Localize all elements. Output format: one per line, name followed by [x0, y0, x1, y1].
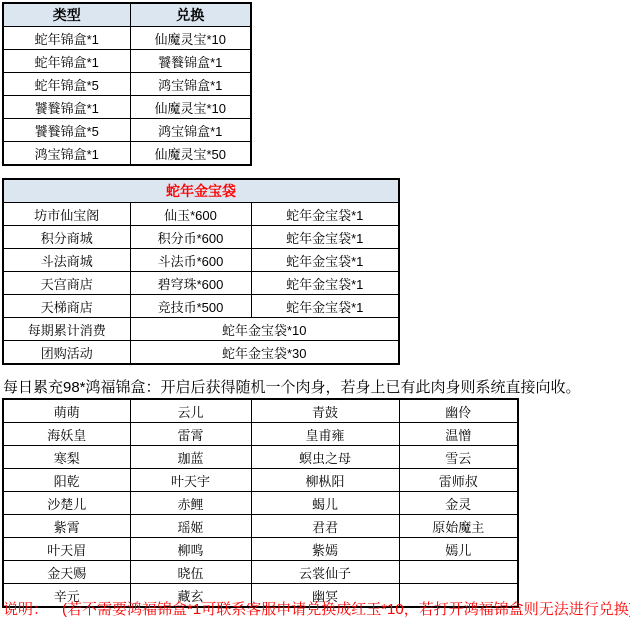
daily-recharge-note: 每日累充98*鸿福锦盒：开启后获得随机一个肉身，若身上已有此肉身则系统直接向收。 — [3, 376, 581, 397]
table-cell: 蛇年锦盒*5 — [3, 73, 130, 96]
gold-bag-title: 蛇年金宝袋 — [3, 179, 399, 203]
table-row: 紫霄 瑶姬 君君 原始魔主 — [3, 515, 518, 538]
table-cell: 天梯商店 — [3, 295, 130, 318]
table-cell: 蛇年金宝袋*1 — [251, 272, 399, 295]
table-cell: 螟虫之母 — [251, 446, 399, 469]
table-cell: 温憎 — [399, 423, 518, 446]
table-cell: 碧穹珠*600 — [130, 272, 251, 295]
table-row: 萌萌 云儿 青鼓 幽伶 — [3, 399, 518, 423]
table-cell: 原始魔主 — [399, 515, 518, 538]
table-cell: 积分币*600 — [130, 226, 251, 249]
table-cell: 鸿宝锦盒*1 — [3, 142, 130, 166]
table-row: 积分商城 积分币*600 蛇年金宝袋*1 — [3, 226, 399, 249]
table-cell: 竞技币*500 — [130, 295, 251, 318]
table-cell: 鸿宝锦盒*1 — [130, 119, 251, 142]
table-row: 饕餮锦盒*5 鸿宝锦盒*1 — [3, 119, 251, 142]
table-cell: 蛇年金宝袋*1 — [251, 249, 399, 272]
table-row: 天宫商店 碧穹珠*600 蛇年金宝袋*1 — [3, 272, 399, 295]
table-row: 饕餮锦盒*1 仙魔灵宝*10 — [3, 96, 251, 119]
table-row: 坊市仙宝阁 仙玉*600 蛇年金宝袋*1 — [3, 203, 399, 226]
table-cell: 叶天宇 — [130, 469, 251, 492]
table-cell: 嫣儿 — [399, 538, 518, 561]
table-cell: 斗法商城 — [3, 249, 130, 272]
column-header-exchange: 兑换 — [130, 3, 251, 27]
table-cell: 雷师叔 — [399, 469, 518, 492]
table-cell: 雷霄 — [130, 423, 251, 446]
table-cell: 紫嫣 — [251, 538, 399, 561]
table-cell: 阳乾 — [3, 469, 130, 492]
table-cell: 蛇年锦盒*1 — [3, 50, 130, 73]
table-cell: 鸿宝锦盒*1 — [130, 73, 251, 96]
table-cell: 瑶姬 — [130, 515, 251, 538]
table-cell: 青鼓 — [251, 399, 399, 423]
table-cell: 团购活动 — [3, 341, 130, 365]
table-cell: 幽伶 — [399, 399, 518, 423]
table-cell: 金灵 — [399, 492, 518, 515]
table-row: 团购活动 蛇年金宝袋*30 — [3, 341, 399, 365]
table-cell: 皇甫雍 — [251, 423, 399, 446]
table-cell: 饕餮锦盒*1 — [130, 50, 251, 73]
table-row: 蛇年锦盒*5 鸿宝锦盒*1 — [3, 73, 251, 96]
table-cell: 寒梨 — [3, 446, 130, 469]
table-row: 蛇年锦盒*1 仙魔灵宝*10 — [3, 27, 251, 50]
table-cell: 云儿 — [130, 399, 251, 423]
table-cell: 蛇年锦盒*1 — [3, 27, 130, 50]
table-cell: 赤鲤 — [130, 492, 251, 515]
table-row: 天梯商店 竞技币*500 蛇年金宝袋*1 — [3, 295, 399, 318]
table-row: 沙楚儿 赤鲤 蝎儿 金灵 — [3, 492, 518, 515]
table-cell: 晓伍 — [130, 561, 251, 584]
table-cell: 珈蓝 — [130, 446, 251, 469]
footer-note-text: (若不需要鸿福锦盒*1可联系客服申请兑换成红玉*10，若打开鸿福锦盒则无法进行兑… — [62, 601, 630, 618]
footer-note: 说明：(若不需要鸿福锦盒*1可联系客服申请兑换成红玉*10，若打开鸿福锦盒则无法… — [3, 598, 630, 619]
table-row: 蛇年锦盒*1 饕餮锦盒*1 — [3, 50, 251, 73]
gold-bag-table: 蛇年金宝袋 坊市仙宝阁 仙玉*600 蛇年金宝袋*1 积分商城 积分币*600 … — [2, 178, 400, 365]
table-cell: 积分商城 — [3, 226, 130, 249]
table-cell: 雪云 — [399, 446, 518, 469]
table-row: 金天赐 晓伍 云裳仙子 — [3, 561, 518, 584]
table-cell: 沙楚儿 — [3, 492, 130, 515]
table-cell-empty — [399, 561, 518, 584]
table-row: 阳乾 叶天宇 柳枞阳 雷师叔 — [3, 469, 518, 492]
table-cell: 仙魔灵宝*10 — [130, 96, 251, 119]
exchange-table: 类型 兑换 蛇年锦盒*1 仙魔灵宝*10 蛇年锦盒*1 饕餮锦盒*1 蛇年锦盒*… — [2, 2, 252, 166]
table-cell: 蛇年金宝袋*1 — [251, 226, 399, 249]
table-cell: 蛇年金宝袋*1 — [251, 203, 399, 226]
table-cell: 金天赐 — [3, 561, 130, 584]
table-cell: 蛇年金宝袋*1 — [251, 295, 399, 318]
table-cell-merged: 蛇年金宝袋*10 — [130, 318, 399, 341]
table-row: 鸿宝锦盒*1 仙魔灵宝*50 — [3, 142, 251, 166]
footer-note-label: 说明： — [3, 601, 48, 618]
table-cell: 云裳仙子 — [251, 561, 399, 584]
table-cell: 仙玉*600 — [130, 203, 251, 226]
table-cell: 柳鸣 — [130, 538, 251, 561]
table-cell: 君君 — [251, 515, 399, 538]
table-row: 斗法商城 斗法币*600 蛇年金宝袋*1 — [3, 249, 399, 272]
table-cell: 仙魔灵宝*50 — [130, 142, 251, 166]
table-header-row: 蛇年金宝袋 — [3, 179, 399, 203]
table-row: 寒梨 珈蓝 螟虫之母 雪云 — [3, 446, 518, 469]
table-cell: 柳枞阳 — [251, 469, 399, 492]
table-cell: 饕餮锦盒*5 — [3, 119, 130, 142]
column-header-type: 类型 — [3, 3, 130, 27]
table-cell-merged: 蛇年金宝袋*30 — [130, 341, 399, 365]
table-row: 海妖皇 雷霄 皇甫雍 温憎 — [3, 423, 518, 446]
table-cell: 海妖皇 — [3, 423, 130, 446]
table-cell: 蝎儿 — [251, 492, 399, 515]
table-cell: 紫霄 — [3, 515, 130, 538]
names-table: 萌萌 云儿 青鼓 幽伶 海妖皇 雷霄 皇甫雍 温憎 寒梨 珈蓝 螟虫之母 雪云 … — [2, 398, 519, 608]
table-row: 每期累计消费 蛇年金宝袋*10 — [3, 318, 399, 341]
table-cell: 仙魔灵宝*10 — [130, 27, 251, 50]
table-cell: 饕餮锦盒*1 — [3, 96, 130, 119]
table-cell: 斗法币*600 — [130, 249, 251, 272]
table-row: 叶天眉 柳鸣 紫嫣 嫣儿 — [3, 538, 518, 561]
table-cell: 萌萌 — [3, 399, 130, 423]
table-header-row: 类型 兑换 — [3, 3, 251, 27]
table-cell: 叶天眉 — [3, 538, 130, 561]
table-cell: 天宫商店 — [3, 272, 130, 295]
table-cell: 每期累计消费 — [3, 318, 130, 341]
table-cell: 坊市仙宝阁 — [3, 203, 130, 226]
